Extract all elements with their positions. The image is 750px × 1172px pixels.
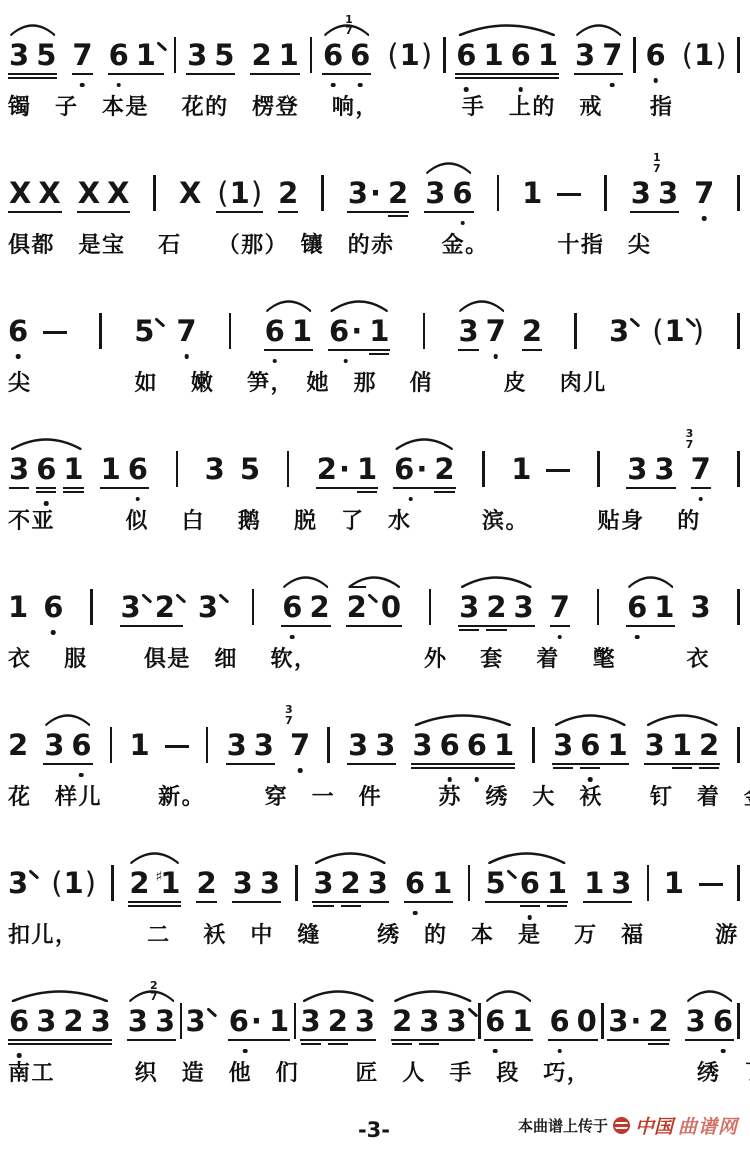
measure: 6(1) — [646, 41, 728, 70]
note-digit: 2 — [434, 452, 454, 486]
note-digit: 3 — [412, 728, 432, 762]
note: 6 — [71, 731, 91, 760]
glide-mark — [141, 594, 152, 604]
beam-group: 3661 — [411, 731, 515, 760]
notes-line: 657616·13723(1) — [8, 282, 740, 346]
note: 1 — [269, 1007, 289, 1036]
glide-mark — [157, 42, 168, 52]
note-digit: 3 — [690, 590, 710, 624]
note-digit: 1 — [369, 314, 389, 348]
note-digit: 1 — [64, 866, 84, 900]
beam-group: 323 — [312, 869, 389, 898]
paren-open: ( — [651, 314, 664, 348]
beam-group: 312 — [644, 731, 721, 760]
beam-line — [553, 767, 573, 769]
note-digit: 6 — [511, 38, 531, 72]
note: 7 — [176, 317, 196, 346]
grace-notes: 37 — [686, 428, 694, 450]
paren-close: ) — [692, 314, 705, 348]
measure: 323 — [120, 593, 226, 622]
note-digit: 1 — [432, 866, 452, 900]
note-digit: 6 — [580, 728, 600, 762]
barline — [295, 865, 298, 901]
note: 1 — [538, 41, 558, 70]
barline — [737, 1003, 740, 1039]
note-digit: 3 — [205, 452, 225, 486]
beam-group: 233 — [391, 1007, 475, 1036]
beam-group: 6176 — [322, 41, 371, 70]
notes-line: 36116352·16·2133377 — [8, 420, 740, 484]
note-digit: 3 — [686, 1004, 706, 1038]
low-octave-dot — [698, 497, 703, 502]
note: 3· — [348, 179, 381, 208]
beam-line — [347, 211, 409, 213]
note: 6 — [128, 455, 148, 484]
lyrics-line: 花 样儿 新。 穿 一 件 苏 绣 大 袄 钉 着 金 纽 — [8, 780, 740, 811]
slur-arc — [265, 298, 312, 312]
note: 1 — [432, 869, 452, 898]
note: 1 — [136, 41, 163, 70]
note: 176 — [350, 41, 370, 70]
note-digit: 3 — [348, 728, 368, 762]
low-octave-dot — [243, 1049, 248, 1054]
note-digit: 2 — [63, 1004, 83, 1038]
note: 1 — [63, 455, 83, 484]
note-digit: 7 — [550, 590, 570, 624]
barline — [633, 37, 636, 73]
low-octave-dot — [610, 83, 615, 88]
note: 6 — [511, 41, 531, 70]
note: 5 — [134, 317, 161, 346]
beam-line — [8, 1039, 112, 1041]
note: 3 — [611, 869, 631, 898]
note: 3 — [121, 593, 148, 622]
note: 6 — [405, 869, 425, 898]
note-digit: 3 — [227, 728, 247, 762]
note-digit: 3 — [233, 866, 253, 900]
low-octave-dot — [136, 497, 141, 502]
note: 6 — [452, 179, 472, 208]
note: 6 — [467, 731, 487, 760]
measure: 1 — [129, 731, 188, 760]
low-octave-dot — [358, 83, 363, 88]
note: 3 — [627, 455, 647, 484]
augmentation-dot: · — [630, 1004, 641, 1038]
beam-line — [580, 767, 600, 769]
note: 1 — [584, 869, 604, 898]
slur-arc — [9, 22, 56, 36]
low-octave-dot — [702, 216, 707, 221]
measure: 57 — [134, 317, 196, 346]
note: 5 — [214, 41, 234, 70]
glide-mark — [29, 870, 40, 880]
lyrics-line: 不亚 似 白 鹅 脱 了 水 滨。 贴身 的 — [8, 504, 740, 535]
note-digit: 1 — [357, 452, 377, 486]
duration-dash — [557, 193, 581, 196]
note-digit: 6 — [43, 590, 63, 624]
note-digit: 2 — [699, 728, 719, 762]
note: 3 — [686, 1007, 706, 1036]
grace-digit: 7 — [686, 439, 694, 450]
note: 3 — [186, 1007, 213, 1036]
beam-group: 323 — [458, 593, 535, 622]
beam-line — [644, 763, 721, 765]
note-digit: 2 — [278, 176, 298, 210]
note-digit: 1 — [101, 452, 121, 486]
notes-line: 3576135216176(1)6161376(1) — [8, 6, 740, 70]
note-digit: 7 — [694, 176, 714, 210]
note: 3 — [9, 41, 29, 70]
beam-group: 32 — [120, 593, 183, 622]
measure: 323233 — [300, 1007, 475, 1036]
barline — [176, 451, 179, 487]
note-digit: 6 — [646, 38, 666, 72]
beam-line — [392, 1043, 412, 1045]
note: 3 — [44, 731, 64, 760]
lyrics-line: 俱都 是宝 石 （那） 镶 的赤 金。 十指 尖 — [8, 228, 740, 259]
note-digit: 1 — [664, 866, 684, 900]
note: 173 — [658, 179, 678, 208]
note-digit: 1 — [522, 176, 542, 210]
note-digit: 1 — [494, 728, 514, 762]
measure: 31737 — [630, 179, 715, 208]
measure: 63233273 — [8, 1007, 176, 1036]
note: 3 — [198, 593, 225, 622]
note: 3 — [9, 455, 29, 484]
note: 6 — [646, 41, 666, 70]
note: 3 — [227, 731, 247, 760]
barline — [206, 727, 209, 763]
notation-system-7: 3(1)2♯123332361561131扣儿， 二 袄 中 缝 绣 的 本 是… — [8, 834, 740, 949]
beam-line — [43, 763, 92, 765]
beam-group: 561 — [485, 869, 569, 898]
note-digit: 1 — [230, 176, 250, 210]
beam-line — [607, 1039, 669, 1041]
note: 2 — [347, 593, 374, 622]
note-digit: 3 — [128, 1004, 148, 1038]
duration-dash — [546, 469, 570, 472]
low-octave-dot — [116, 83, 121, 88]
beam-line — [388, 215, 408, 217]
note: 2 — [699, 731, 719, 760]
beam-line — [404, 901, 453, 903]
beam-line — [626, 625, 675, 627]
note: 1 — [607, 731, 627, 760]
low-octave-dot — [16, 354, 21, 359]
note-digit: 3 — [9, 452, 29, 486]
note-digit: 3 — [609, 314, 629, 348]
note: 3 — [459, 593, 479, 622]
note-digit: 3 — [91, 1004, 111, 1038]
score: 3576135216176(1)6161376(1)镯 子 本是 花的 楞登 响… — [8, 6, 740, 1087]
note: 3 — [355, 1007, 375, 1036]
note-digit: 7 — [290, 728, 310, 762]
note-digit: 3 — [658, 176, 678, 210]
note-digit: 3 — [355, 1004, 375, 1038]
paren-open: ( — [50, 866, 63, 900]
note: (1) — [651, 317, 705, 346]
note: 6· — [329, 317, 362, 346]
note-digit: 6 — [128, 452, 148, 486]
measure: X(1)2 — [179, 179, 298, 208]
beam-group: 35 — [8, 41, 57, 70]
beam-line — [485, 901, 569, 903]
note-digit: 6 — [440, 728, 460, 762]
glide-mark — [506, 870, 517, 880]
beam-group: 36 — [424, 179, 473, 208]
beam-line — [459, 629, 479, 631]
beam-group: 36 — [43, 731, 92, 760]
note-digit: 2 — [155, 590, 175, 624]
brand-name-rest: 曲谱网 — [678, 1112, 738, 1139]
note-digit: X — [179, 176, 201, 210]
note: 3 — [368, 869, 388, 898]
notes-line: 6323327336·132323361603·236 — [8, 972, 740, 1036]
note-digit: 3 — [8, 866, 28, 900]
tie-overbar — [349, 586, 366, 588]
upload-note: 本曲谱上传于 — [518, 1115, 608, 1136]
notation-system-3: 657616·13723(1)尖 如 嫩 笋， 她 那 俏 皮 肉儿 — [8, 282, 740, 397]
note: 1 — [654, 593, 674, 622]
note: 6· — [394, 455, 427, 484]
low-octave-dot — [272, 359, 277, 364]
note-digit: 6 — [485, 1004, 505, 1038]
note-digit: 2 — [347, 590, 367, 624]
note-digit: X — [107, 176, 129, 210]
paren-open: ( — [681, 38, 694, 72]
note: 377 — [290, 731, 310, 760]
measure: 3·236 — [607, 1007, 734, 1036]
beam-line — [36, 491, 56, 493]
beam-line — [250, 73, 299, 75]
note-digit: 0 — [577, 1004, 597, 1038]
measure: 3·236 — [347, 179, 474, 208]
low-octave-dot — [80, 83, 85, 88]
note: 3· — [608, 1007, 641, 1036]
slur-arc — [575, 22, 622, 36]
barline — [482, 451, 485, 487]
measure: 3237 — [458, 593, 570, 622]
slur-arc — [485, 988, 532, 1002]
note-digit: 2 — [196, 866, 216, 900]
barline — [737, 37, 740, 73]
note-digit: 6 — [467, 728, 487, 762]
note: 1 — [672, 731, 692, 760]
beam-group: 61 — [108, 41, 164, 70]
note: 377 — [691, 455, 711, 484]
grace-notes: 27 — [150, 980, 158, 1002]
grace-digit: 7 — [150, 991, 158, 1002]
glide-mark — [367, 594, 378, 604]
beam-line — [301, 1043, 321, 1045]
low-octave-dot — [51, 630, 56, 635]
lyrics-line: 衣 服 俱是 细 软， 外 套 着 氅 衣 — [8, 642, 740, 673]
beam-group: 3·2 — [347, 179, 409, 208]
note: 2 — [8, 731, 28, 760]
note: 2 — [434, 455, 454, 484]
note: 1 — [292, 317, 312, 346]
note-digit: 2 — [522, 314, 542, 348]
barline — [737, 313, 740, 349]
barline — [423, 313, 426, 349]
barline — [321, 175, 324, 211]
measure: 6176(1) — [322, 41, 433, 70]
note: 1 — [369, 317, 389, 346]
beam-group: 61 — [264, 317, 313, 346]
note: 6 — [265, 317, 285, 346]
beam-line — [419, 1043, 439, 1045]
note-digit: 1 — [672, 728, 692, 762]
note: 2 — [328, 1007, 348, 1036]
grace-digit: 7 — [345, 25, 353, 36]
note-digit: 3 — [121, 590, 141, 624]
barline — [597, 589, 600, 625]
note-digit: 2 — [388, 176, 408, 210]
note: 3 — [690, 593, 710, 622]
beam-line — [328, 1043, 348, 1045]
low-octave-dot — [464, 87, 469, 92]
measure: 33377 — [626, 455, 711, 484]
note: 3 — [609, 317, 636, 346]
measure: XXXX — [8, 179, 130, 208]
beam-line — [63, 487, 83, 489]
brand-name-cn: 中国 — [635, 1112, 673, 1139]
note-digit: 2 — [341, 866, 361, 900]
note: 5 — [36, 41, 56, 70]
duration-dash — [165, 745, 189, 748]
note: 1 — [547, 869, 567, 898]
note: 3 — [205, 455, 225, 484]
note-digit: 3 — [459, 590, 479, 624]
beam-group: 2♯1 — [128, 869, 181, 898]
augmentation-dot: · — [370, 176, 381, 210]
note: 6 — [282, 593, 302, 622]
measure: 35 — [205, 455, 260, 484]
beam-line — [685, 1039, 734, 1041]
note-digit: 3 — [301, 1004, 321, 1038]
beam-group: 33 — [347, 731, 396, 760]
slur-arc — [394, 436, 454, 450]
beam-line — [316, 487, 378, 489]
note: 3 — [553, 731, 573, 760]
slur-arc — [458, 298, 505, 312]
beam-line — [346, 625, 402, 627]
low-octave-dot — [331, 83, 336, 88]
barline — [601, 1003, 604, 1039]
sharp-sign: ♯ — [156, 869, 163, 885]
low-octave-dot — [475, 777, 480, 782]
beam-group: XX — [77, 179, 131, 208]
beam-line — [322, 73, 371, 75]
barline — [111, 865, 114, 901]
slur-arc — [486, 850, 568, 864]
glide-mark — [155, 318, 166, 328]
note: (1) — [216, 179, 263, 208]
beam-line — [434, 491, 454, 493]
note: 6 — [580, 731, 600, 760]
barline — [604, 175, 607, 211]
note-digit: X — [38, 176, 60, 210]
note-digit: 6 — [452, 176, 472, 210]
note: 2 — [196, 869, 216, 898]
low-octave-dot — [635, 635, 640, 640]
note: X — [9, 179, 31, 208]
note: 3 — [419, 1007, 439, 1036]
note-digit: 3 — [9, 38, 29, 72]
beam-line — [455, 77, 559, 79]
beam-line — [228, 1039, 290, 1041]
slur-arc — [553, 712, 628, 726]
note-digit: 1 — [63, 452, 83, 486]
measure: 2♯1233 — [128, 869, 281, 898]
note: 6 — [43, 593, 63, 622]
note: 3 — [260, 869, 280, 898]
note: 1 — [101, 455, 121, 484]
note-digit: 3 — [348, 176, 368, 210]
note-digit: 6 — [9, 1004, 29, 1038]
note: 6· — [229, 1007, 262, 1036]
note-digit: 1 — [483, 38, 503, 72]
note: 2 — [63, 1007, 83, 1036]
glide-mark — [467, 1008, 478, 1018]
measure: 2·16·2 — [316, 455, 456, 484]
note-digit: 3 — [44, 728, 64, 762]
low-octave-dot — [518, 87, 523, 92]
barline — [294, 1003, 297, 1039]
note-digit: 6 — [405, 866, 425, 900]
barline — [287, 451, 290, 487]
note-digit: 6 — [71, 728, 91, 762]
note-digit: 1 — [538, 38, 558, 72]
beam-group: 61 — [404, 869, 453, 898]
note-digit: X — [9, 176, 31, 210]
beam-line — [411, 767, 515, 769]
low-octave-dot — [343, 359, 348, 364]
barline — [153, 175, 156, 211]
beam-line — [699, 767, 719, 769]
note-digit: 1 — [136, 38, 156, 72]
grace-notes: 17 — [345, 14, 353, 36]
low-octave-dot — [493, 1049, 498, 1054]
note: 6 — [627, 593, 647, 622]
barline — [737, 589, 740, 625]
lyrics-line: 尖 如 嫩 笋， 她 那 俏 皮 肉儿 — [8, 366, 740, 397]
beam-group: 6·2 — [393, 455, 455, 484]
note: 2 — [341, 869, 361, 898]
beam-group: 35 — [186, 41, 235, 70]
beam-line — [72, 73, 92, 75]
beam-group: 6161 — [455, 41, 559, 70]
slur-arc — [282, 574, 329, 588]
note-digit: 1 — [129, 728, 149, 762]
note: 3 — [375, 731, 395, 760]
slur-arc — [313, 850, 388, 864]
barline — [497, 175, 500, 211]
beam-line — [522, 349, 542, 351]
barline — [532, 727, 535, 763]
note-digit: 6 — [229, 1004, 249, 1038]
beam-group: 3273 — [127, 1007, 176, 1036]
paren-close: ) — [250, 176, 263, 210]
measure: 33377 — [226, 731, 311, 760]
note-digit: 3 — [627, 452, 647, 486]
measure: 36116 — [8, 455, 149, 484]
measure: 361312 — [552, 731, 720, 760]
barline — [647, 865, 650, 901]
note-digit: 1 — [279, 38, 299, 72]
note-digit: 3 — [553, 728, 573, 762]
beam-line — [63, 491, 83, 493]
